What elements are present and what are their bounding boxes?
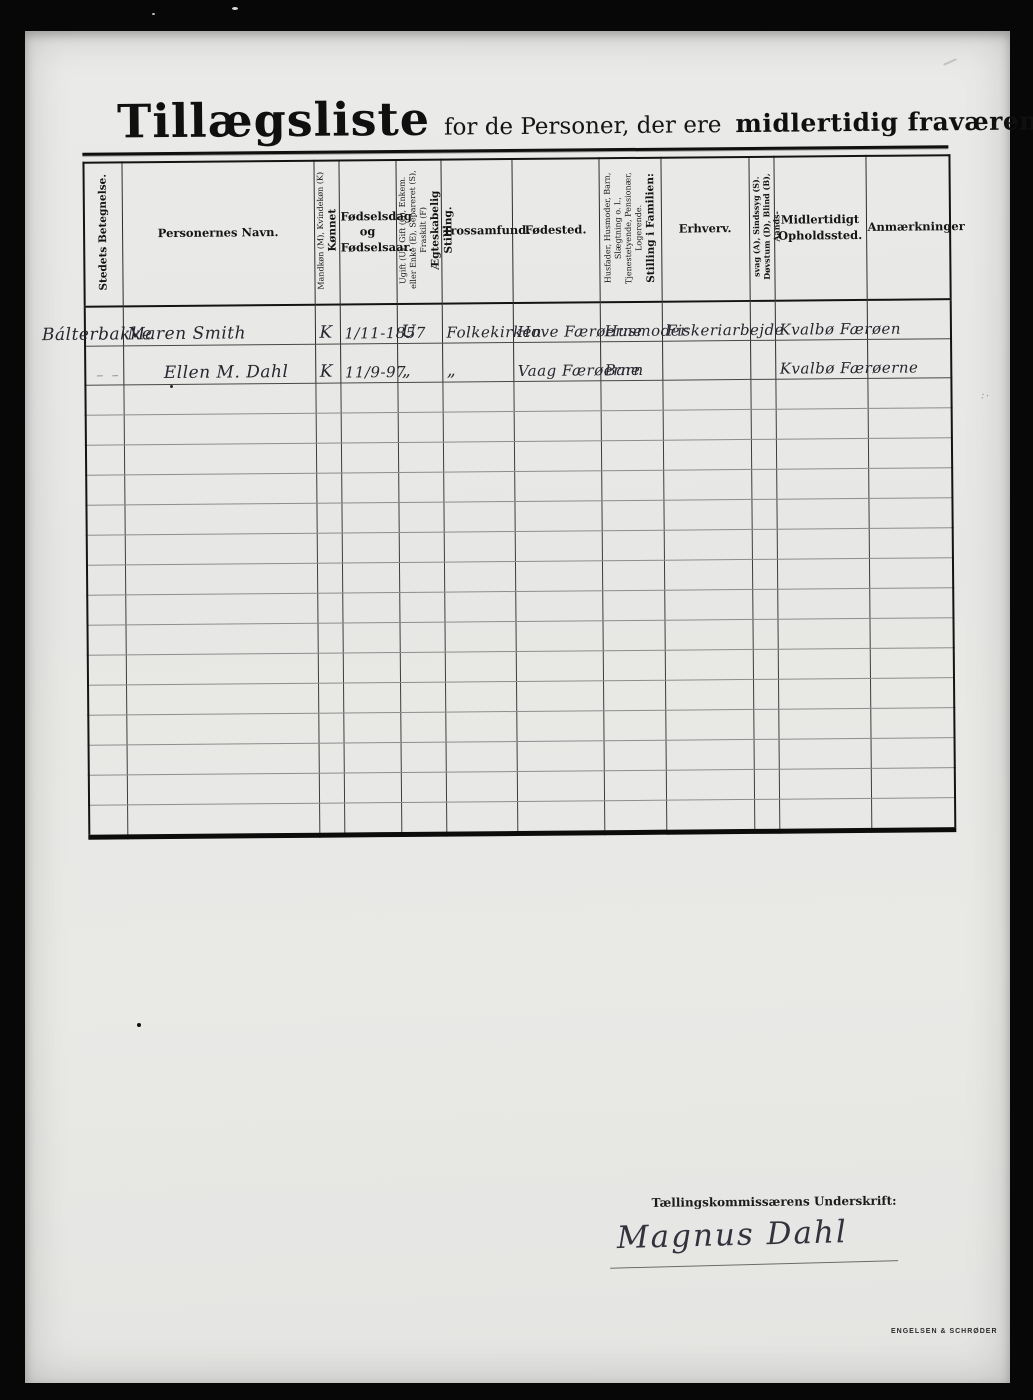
column-header-fodselsdag: Fødselsdag og Fødselsaar. [338,160,396,304]
column-header-personernes-navn: Personernes Navn. [121,161,314,307]
cell-kon: K [315,344,340,383]
cell-familie: Barn [600,341,662,381]
ink-dot [137,1023,141,1027]
column-header-konnet: Mandkøn (M), Kvindekøn (K) Kønnet [313,161,339,305]
scan-speck [232,7,238,10]
handwritten-sex: K [319,323,332,343]
cell-familie: Husmoder [600,302,662,342]
handwritten-family-position: Barn [605,361,644,379]
column-header-midlertidigt-opholdssted: Midlertidigt Opholdssted. [773,156,866,301]
title-main: Tillægsliste [117,92,430,149]
column-header-dovstum: svag (A), Sindssyg (S). Døvstum (D), Bli… [748,157,774,301]
handwritten-sex: K [320,362,333,382]
handwritten-residence: Kvalbø Færøerne [780,358,919,377]
column-header-erhverv: Erhverv. [660,157,749,302]
handwritten-name: Ellen M. Dahl [164,362,289,383]
cell-fodested: Hove Færøerne [513,302,600,342]
paper-sheet: Tillægsliste for de Personer, der ere mi… [25,31,1010,1383]
handwritten-ditto-faith: „ [447,361,456,381]
column-header-aegteskabelig-stilling: Ugift (U), Gift (G), Enkem. eller Enke (… [395,160,441,304]
census-table-block: Stedets Betegnelse. Personernes Navn. Ma… [82,145,954,840]
cell-sted: – – [85,346,123,385]
cell-fodselsdag: 11/9-97 [340,344,397,383]
printer-mark: ENGELSEN & SCHRØDER [891,1328,998,1335]
cell-erhverv [662,340,750,380]
census-table: Stedets Betegnelse. Personernes Navn. Ma… [82,154,956,840]
handwritten-ditto-marital: „ [402,361,411,381]
cell-navn: Ellen M. Dahl [123,344,315,385]
cell-dovstum [750,340,775,379]
title-middle: for de Personer, der ere [444,112,722,140]
cell-sted: Bálterbakke [85,306,123,346]
scan-tilt-wrapper: Tillægsliste for de Personer, der ere mi… [21,27,1018,1388]
handwritten-residence: Kvalbø Færøen [779,320,901,339]
signature-label: Tællingskommissærens Underskrift: [652,1194,897,1210]
column-header-stedets-betegnelse: Stedets Betegnelse. [83,162,122,306]
handwritten-occupation: Fiskeriarbejde [666,321,784,340]
scanned-census-form: { "colors": { "paper": "#e9e9e6", "ink":… [0,0,1033,1400]
cell-kon: K [315,305,340,345]
ink-dot [170,385,173,388]
column-header-anmaerkninger: Anmærkninger [865,155,950,300]
cell-trossamfund: Folkekirken [442,303,513,343]
cell-navn: Maren Smith [123,305,315,346]
handwritten-ditto-place: – – [96,367,121,383]
cell-fodested: Vaag Færøerne [513,342,600,382]
handwritten-birthdate: 11/9-97 [345,363,406,382]
scan-speck [152,13,155,15]
cell-opholdssted: Kvalbø Færøerne [775,339,867,379]
signature-handwriting: Magnus Dahl [616,1214,848,1256]
header-row: Stedets Betegnelse. Personernes Navn. Ma… [83,155,950,307]
cell-trossamfund: „ [442,343,513,383]
title-bold: midlertidig fraværende. [735,106,1033,138]
column-header-fodested: Fødested. [511,158,599,303]
form-title: Tillægsliste for de Personer, der ere mi… [117,87,977,149]
handwritten-name: Maren Smith [127,323,246,344]
cell-opholdssted: Kvalbø Færøen [775,300,867,340]
cell-aegteskabelig: „ [397,343,442,382]
cell-erhverv: Fiskeriarbejde [662,301,750,341]
table-row-empty [89,798,955,838]
cell-fodselsdag: 1/11-1857 [340,304,397,344]
column-header-stilling-i-familien: Husfader, Husmoder, Barn, Slægtning o. l… [598,158,661,303]
signature-line [610,1260,898,1269]
handwritten-marital: U [401,322,416,342]
